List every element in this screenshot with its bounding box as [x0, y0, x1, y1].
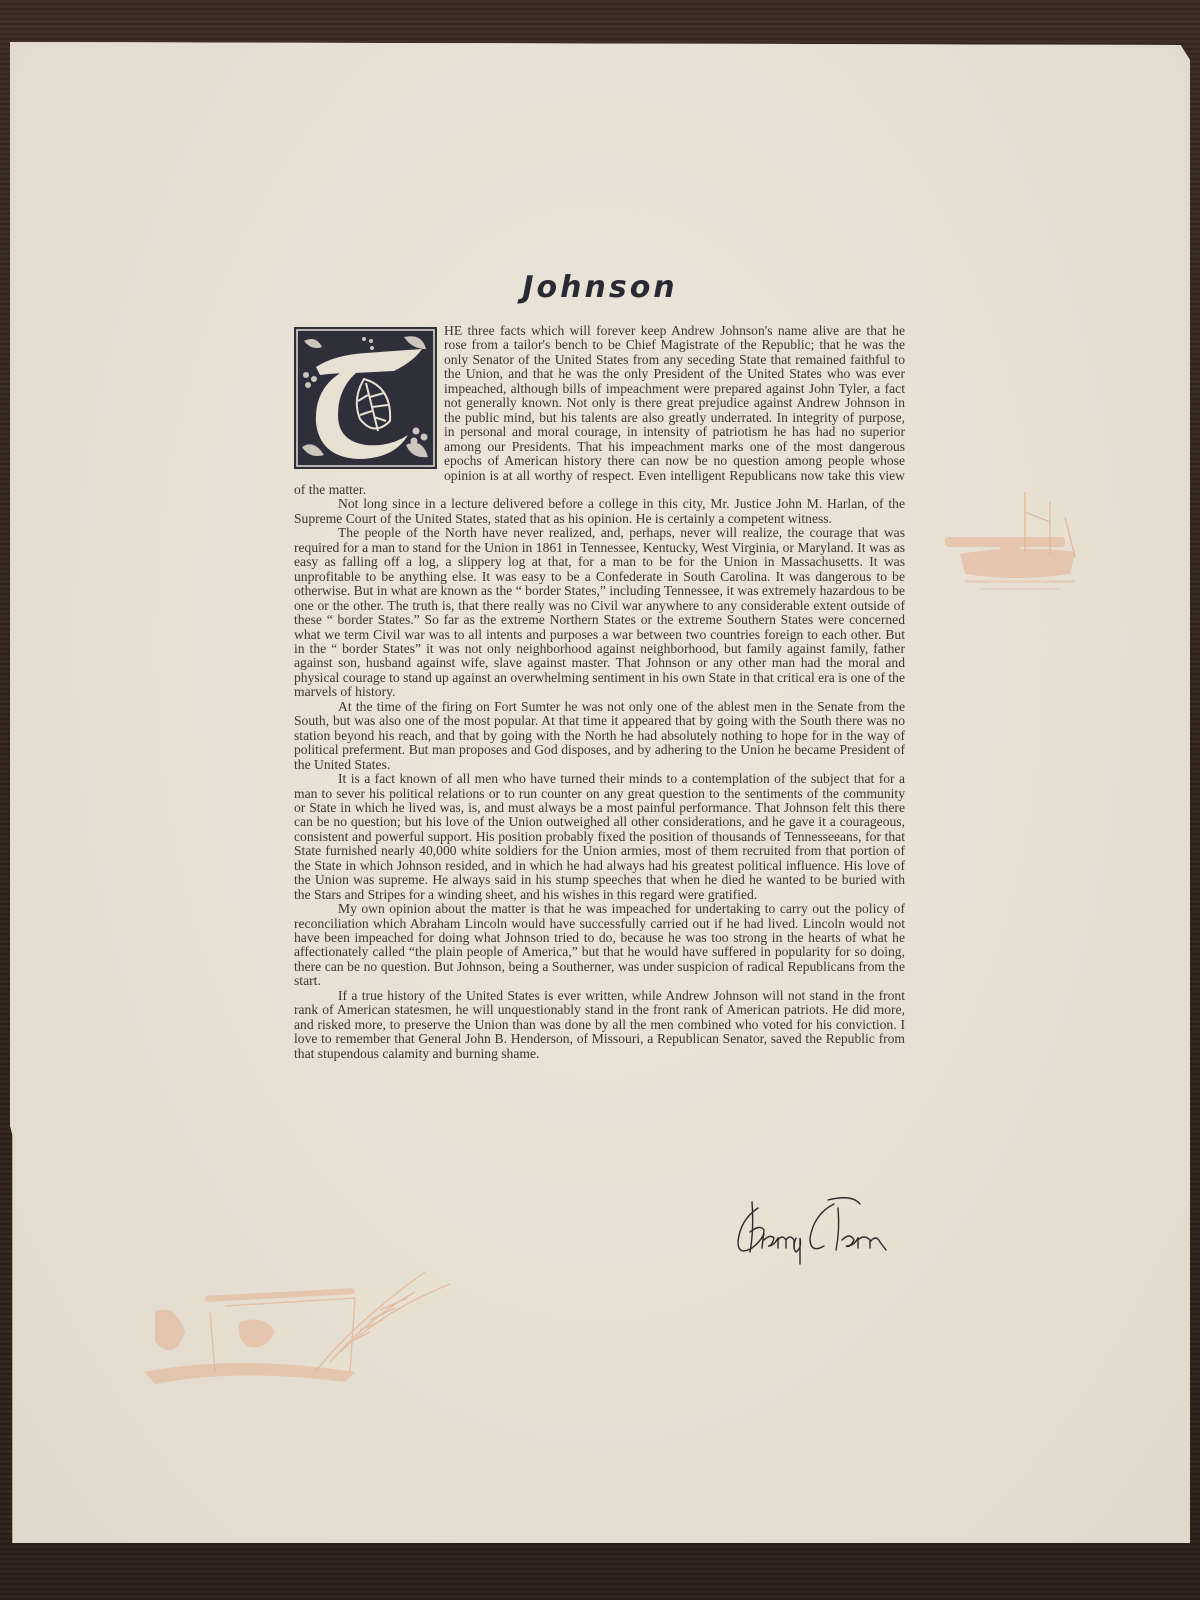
- ship-sketch-illustration: [925, 482, 1095, 602]
- paragraph-6: My own opinion about the matter is that …: [294, 902, 905, 989]
- paragraph-4: At the time of the firing on Fort Sumter…: [294, 700, 905, 772]
- signature-champ-clark: Champ Clark: [730, 1190, 910, 1270]
- document-page: Johnson: [10, 42, 1190, 1543]
- page-title: Johnson: [10, 270, 1190, 305]
- article-body: HE three facts which will forever keep A…: [294, 324, 905, 1061]
- paragraph-7: If a true history of the United States i…: [294, 989, 905, 1061]
- paragraph-2: Not long since in a lecture delivered be…: [294, 497, 905, 526]
- illuminated-dropcap-t-icon: [294, 327, 437, 469]
- paragraph-3: The people of the North have never reali…: [294, 526, 905, 699]
- paragraph-5: It is a fact known of all men who have t…: [294, 772, 905, 902]
- scroll-and-wheat-sketch-illustration: [115, 1222, 455, 1392]
